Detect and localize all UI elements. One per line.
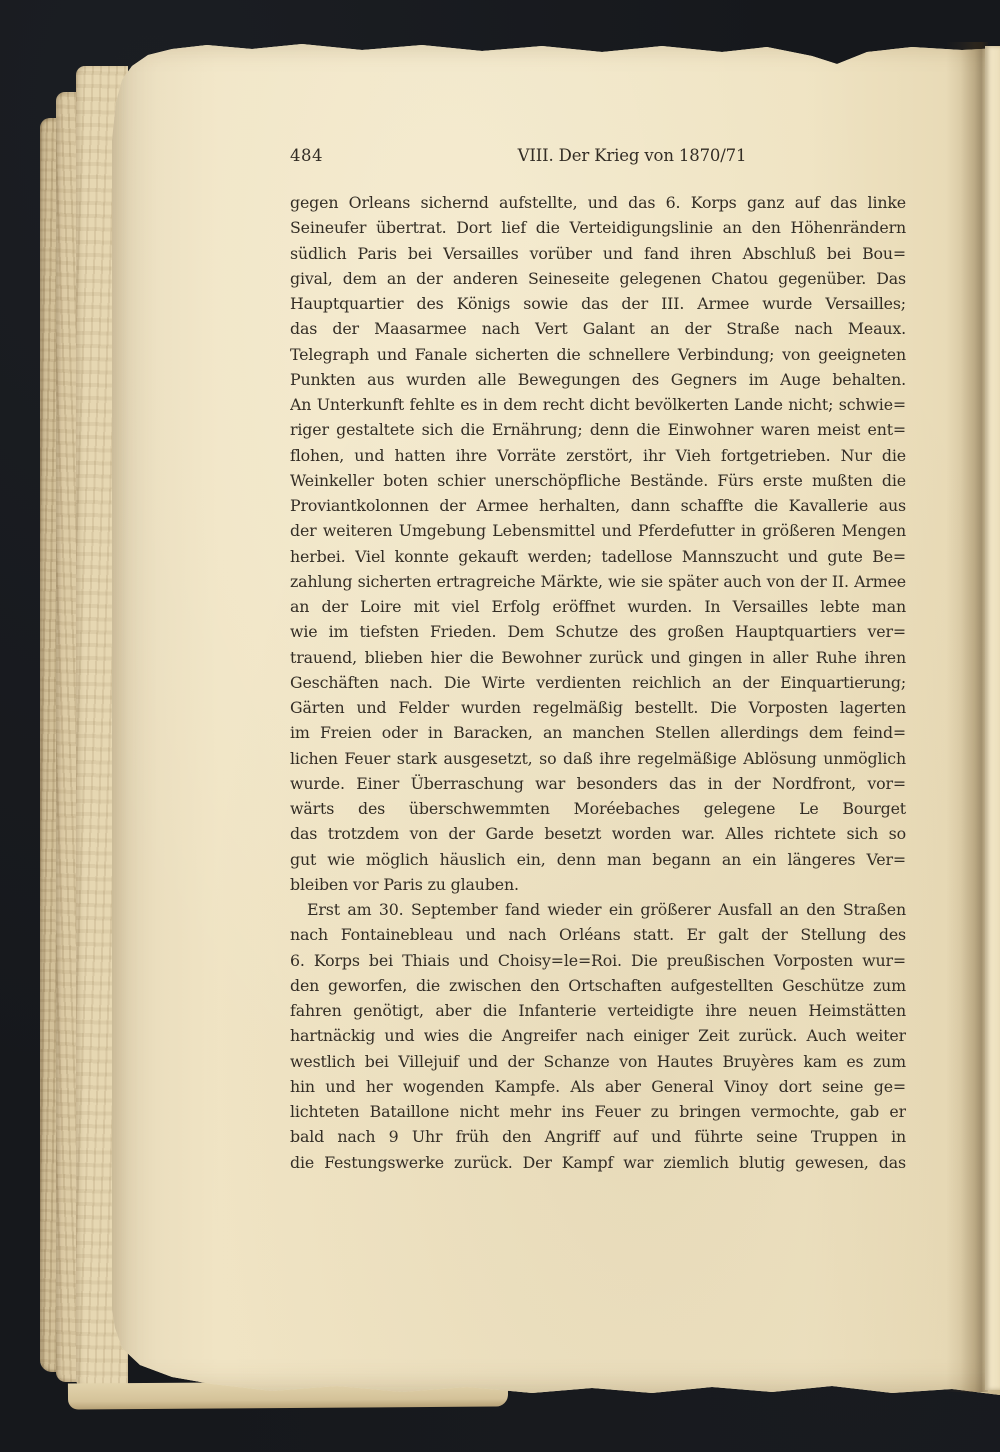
text-line: wärts des überschwemmten Moréebaches gel… [290, 796, 906, 821]
text-line: An Unterkunft fehlte es in dem recht dic… [290, 392, 906, 417]
page-number: 484 [290, 143, 323, 168]
text-line: bleiben vor Paris zu glauben. [290, 872, 906, 897]
text-line: 6. Korps bei Thiais und Choisy=le=Roi. D… [290, 948, 906, 973]
text-line: Weinkeller boten schier unerschöpfliche … [290, 468, 906, 493]
text-line: im Freien oder in Baracken, an manchen S… [290, 720, 906, 745]
text-line: Telegraph und Fanale sicherten die schne… [290, 342, 906, 367]
text-line: die Festungswerke zurück. Der Kampf war … [290, 1150, 906, 1175]
paragraph-continued: gegen Orleans sichernd aufstellte, und d… [290, 190, 906, 897]
text-line: Geschäften nach. Die Wirte verdienten re… [290, 670, 906, 695]
gutter-page-edge [985, 46, 1000, 1390]
text-line: das trotzdem von der Garde besetzt worde… [290, 821, 906, 846]
text-line: an der Loire mit viel Erfolg eröffnet wu… [290, 594, 906, 619]
text-line: Hauptquartier des Königs sowie das der I… [290, 291, 906, 316]
text-line: gut wie möglich häuslich ein, denn man b… [290, 847, 906, 872]
text-line: Seineufer übertrat. Dort lief die Vertei… [290, 215, 906, 240]
page-header: 484 VIII. Der Krieg von 1870/71 [290, 143, 906, 168]
text-line: gival, dem an der anderen Seineseite gel… [290, 266, 906, 291]
text-line: hin und her wogenden Kampfe. Als aber Ge… [290, 1074, 906, 1099]
text-line: westlich bei Villejuif und der Schanze v… [290, 1049, 906, 1074]
running-head: VIII. Der Krieg von 1870/71 [324, 143, 940, 168]
paragraph-second: Erst am 30. September fand wieder ein gr… [290, 897, 906, 1175]
text-line: trauend, blieben hier die Bewohner zurüc… [290, 645, 906, 670]
text-line: wie im tiefsten Frieden. Dem Schutze des… [290, 619, 906, 644]
text-line: das der Maasarmee nach Vert Galant an de… [290, 316, 906, 341]
text-line: Gärten und Felder wurden regelmäßig best… [290, 695, 906, 720]
book-photograph: 484 VIII. Der Krieg von 1870/71 gegen Or… [0, 0, 1000, 1452]
text-line: zahlung sicherten ertragreiche Märkte, w… [290, 569, 906, 594]
text-line: flohen, und hatten ihre Vorräte zerstört… [290, 443, 906, 468]
text-line: gegen Orleans sichernd aufstellte, und d… [290, 190, 906, 215]
text-line: herbei. Viel konnte gekauft werden; tade… [290, 544, 906, 569]
gutter-crease-shadow [946, 42, 988, 1392]
text-line: nach Fontainebleau und nach Orléans stat… [290, 922, 906, 947]
text-line: südlich Paris bei Versailles vorüber und… [290, 241, 906, 266]
text-line: Punkten aus wurden alle Bewegungen des G… [290, 367, 906, 392]
page-text-block: 484 VIII. Der Krieg von 1870/71 gegen Or… [290, 143, 906, 1175]
text-line: fahren genötigt, aber die Infanterie ver… [290, 998, 906, 1023]
text-line: lichteten Bataillone nicht mehr ins Feue… [290, 1099, 906, 1124]
text-line: Erst am 30. September fand wieder ein gr… [290, 897, 906, 922]
text-line: lichen Feuer stark ausgesetzt, so daß ih… [290, 746, 906, 771]
text-line: bald nach 9 Uhr früh den Angriff auf und… [290, 1124, 906, 1149]
text-line: wurde. Einer Überraschung war besonders … [290, 771, 906, 796]
text-line: riger gestaltete sich die Ernährung; den… [290, 417, 906, 442]
text-line: Proviantkolonnen der Armee herhalten, da… [290, 493, 906, 518]
text-line: hartnäckig und wies die Angreifer nach e… [290, 1023, 906, 1048]
text-line: den geworfen, die zwischen den Ortschaft… [290, 973, 906, 998]
text-line: der weiteren Umgebung Lebensmittel und P… [290, 518, 906, 543]
